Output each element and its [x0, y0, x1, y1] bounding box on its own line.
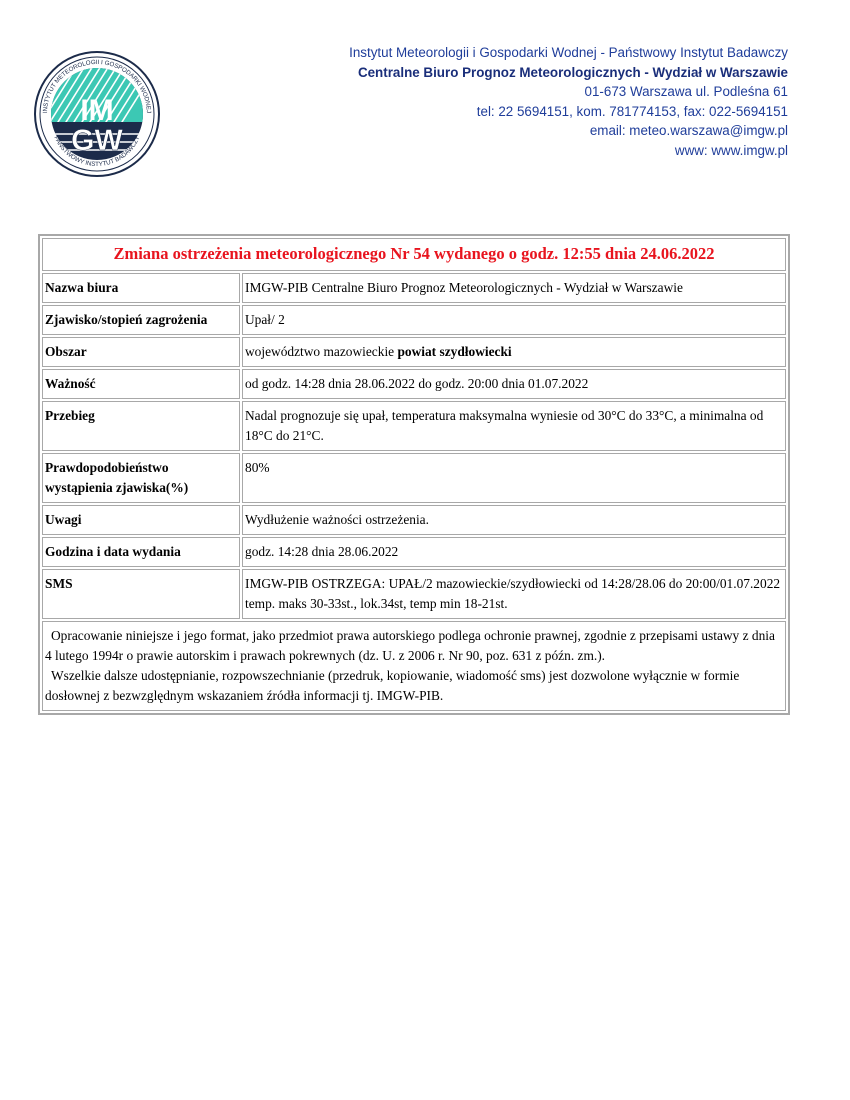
svg-text:IM: IM — [80, 94, 113, 127]
website: www: www.imgw.pl — [349, 141, 788, 161]
table-row: Uwagi Wydłużenie ważności ostrzeżenia. — [42, 505, 786, 535]
copyright-paragraph-1: Opracowanie niniejsze i jego format, jak… — [45, 628, 775, 663]
row-label-phenomenon: Zjawisko/stopień zagrożenia — [42, 305, 240, 335]
row-label-sms: SMS — [42, 569, 240, 619]
imgw-logo-icon: IM GW INSTYTUT METEOROLOGII I GOSPODARKI… — [33, 50, 161, 178]
row-label-probability: Prawdopodobieństwo wystąpienia zjawiska(… — [42, 453, 240, 503]
row-value-office: IMGW-PIB Centralne Biuro Prognoz Meteoro… — [242, 273, 786, 303]
warning-table: Zmiana ostrzeżenia meteorologicznego Nr … — [38, 234, 790, 715]
svg-text:GW: GW — [71, 124, 123, 157]
imgw-logo: IM GW INSTYTUT METEOROLOGII I GOSPODARKI… — [33, 50, 161, 178]
row-label-issue-time: Godzina i data wydania — [42, 537, 240, 567]
row-value-issue-time: godz. 14:28 dnia 28.06.2022 — [242, 537, 786, 567]
table-row: Ważność od godz. 14:28 dnia 28.06.2022 d… — [42, 369, 786, 399]
row-label-remarks: Uwagi — [42, 505, 240, 535]
email: email: meteo.warszawa@imgw.pl — [349, 121, 788, 141]
row-value-course: Nadal prognozuje się upał, temperatura m… — [242, 401, 786, 451]
area-region: województwo mazowieckie — [245, 344, 397, 359]
office-name: Centralne Biuro Prognoz Meteorologicznyc… — [349, 63, 788, 83]
table-row: SMS IMGW-PIB OSTRZEGA: UPAŁ/2 mazowiecki… — [42, 569, 786, 619]
row-label-validity: Ważność — [42, 369, 240, 399]
footer-row: Opracowanie niniejsze i jego format, jak… — [42, 621, 786, 711]
row-value-phenomenon: Upał/ 2 — [242, 305, 786, 335]
table-row: Nazwa biura IMGW-PIB Centralne Biuro Pro… — [42, 273, 786, 303]
address: 01-673 Warszawa ul. Podleśna 61 — [349, 82, 788, 102]
warning-title: Zmiana ostrzeżenia meteorologicznego Nr … — [42, 238, 786, 271]
table-row: Prawdopodobieństwo wystąpienia zjawiska(… — [42, 453, 786, 503]
copyright-paragraph-2: Wszelkie dalsze udostępnianie, rozpowsze… — [45, 668, 739, 703]
table-row: Godzina i data wydania godz. 14:28 dnia … — [42, 537, 786, 567]
row-value-sms: IMGW-PIB OSTRZEGA: UPAŁ/2 mazowieckie/sz… — [242, 569, 786, 619]
institution-name: Instytut Meteorologii i Gospodarki Wodne… — [349, 43, 788, 63]
table-row: Obszar województwo mazowieckie powiat sz… — [42, 337, 786, 367]
row-label-office: Nazwa biura — [42, 273, 240, 303]
table-row: Przebieg Nadal prognozuje się upał, temp… — [42, 401, 786, 451]
phone-numbers: tel: 22 5694151, kom. 781774153, fax: 02… — [349, 102, 788, 122]
row-value-validity: od godz. 14:28 dnia 28.06.2022 do godz. … — [242, 369, 786, 399]
row-value-remarks: Wydłużenie ważności ostrzeżenia. — [242, 505, 786, 535]
copyright-notice: Opracowanie niniejsze i jego format, jak… — [42, 621, 786, 711]
row-value-area: województwo mazowieckie powiat szydłowie… — [242, 337, 786, 367]
area-county: powiat szydłowiecki — [397, 344, 511, 359]
row-label-area: Obszar — [42, 337, 240, 367]
institution-header: Instytut Meteorologii i Gospodarki Wodne… — [349, 43, 788, 161]
warning-title-row: Zmiana ostrzeżenia meteorologicznego Nr … — [42, 238, 786, 271]
row-label-course: Przebieg — [42, 401, 240, 451]
row-value-probability: 80% — [242, 453, 786, 503]
table-row: Zjawisko/stopień zagrożenia Upał/ 2 — [42, 305, 786, 335]
